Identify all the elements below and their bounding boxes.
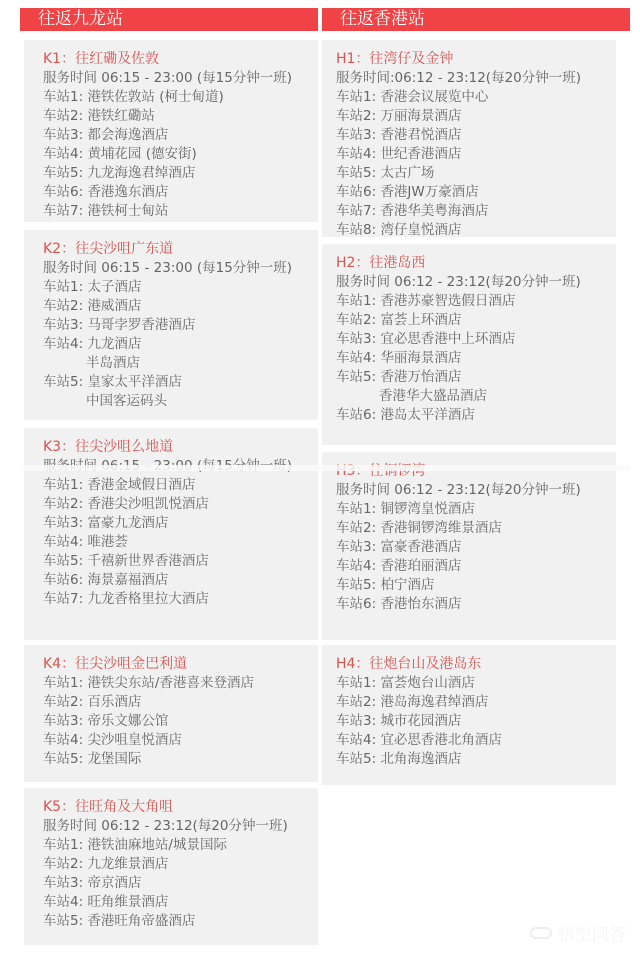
stop-row: 车站5: 香港旺角帝盛酒店 bbox=[43, 912, 318, 931]
stop-row: 车站5: 龙堡国际 bbox=[43, 750, 318, 769]
stop-row: 车站1: 富荟炮台山酒店 bbox=[336, 674, 616, 693]
route-card-h4: H4：往炮台山及港岛东车站1: 富荟炮台山酒店车站2: 港岛海逸君绰酒店车站3:… bbox=[322, 645, 616, 785]
stop-row: 车站1: 港铁油麻地站/城景国际 bbox=[43, 836, 318, 855]
stop-label: 车站7: bbox=[43, 591, 83, 607]
stop-label: 车站3: bbox=[336, 331, 376, 347]
route-card-h3: H3：往铜锣湾服务时间 06:12 - 23:12(每20分钟一班)车站1: 铜… bbox=[322, 452, 616, 640]
stop-label: 车站5: bbox=[43, 165, 83, 181]
stop-name: 唯港荟 bbox=[87, 534, 128, 550]
stop-row: 车站1: 太子酒店 bbox=[43, 278, 318, 297]
stop-row: 车站1: 港铁尖东站/香港喜来登酒店 bbox=[43, 674, 318, 693]
stop-label: 车站1: bbox=[336, 501, 376, 517]
stop-label: 车站2: bbox=[336, 520, 376, 536]
stop-label: 车站4: bbox=[43, 146, 83, 162]
stop-name: 香港万怡酒店 bbox=[380, 369, 461, 385]
stop-name: 九龙香格里拉大酒店 bbox=[87, 591, 209, 607]
stop-label: 车站1: bbox=[43, 279, 83, 295]
stop-name: 香港会议展览中心 bbox=[380, 89, 488, 105]
stop-row: 车站3: 都会海逸酒店 bbox=[43, 126, 318, 145]
stop-label: 车站4: bbox=[43, 534, 83, 550]
stop-name: 千禧新世界香港酒店 bbox=[87, 553, 209, 569]
header-kowloon-label: 往返九龙站 bbox=[38, 9, 123, 29]
stop-label: 车站5: bbox=[43, 374, 83, 390]
stop-label: 车站5: bbox=[43, 553, 83, 569]
stop-name: 九龙维景酒店 bbox=[87, 856, 168, 872]
stop-name: 富荟上环酒店 bbox=[380, 312, 461, 328]
stop-label: 车站4: bbox=[336, 146, 376, 162]
stop-name: 港铁柯士甸站 bbox=[87, 203, 168, 219]
stop-row: 香港华大盛品酒店 bbox=[336, 387, 616, 406]
stop-row: 车站4: 旺角维景酒店 bbox=[43, 893, 318, 912]
stop-name: 旺角维景酒店 bbox=[87, 894, 168, 910]
header-hongkong: 往返香港站 bbox=[322, 8, 630, 31]
stop-label: 车站7: bbox=[336, 203, 376, 219]
stop-label: 车站4: bbox=[336, 732, 376, 748]
stop-label: 车站4: bbox=[336, 558, 376, 574]
route-title: H1：往湾仔及金钟 bbox=[336, 50, 616, 69]
stop-label: 车站4: bbox=[43, 732, 83, 748]
stop-row: 车站5: 九龙海逸君绰酒店 bbox=[43, 164, 318, 183]
stop-label: 车站3: bbox=[43, 515, 83, 531]
stop-row: 车站2: 九龙维景酒店 bbox=[43, 855, 318, 874]
stop-name: 马哥孛罗香港酒店 bbox=[87, 317, 195, 333]
stop-row: 车站3: 宜必思香港中上环酒店 bbox=[336, 330, 616, 349]
route-card-k2: K2：往尖沙咀广东道服务时间 06:15 - 23:00 (每15分钟一班)车站… bbox=[24, 230, 318, 420]
stop-name: 港铁佐敦站 (柯士甸道) bbox=[87, 89, 223, 105]
stop-row: 车站1: 香港金域假日酒店 bbox=[43, 476, 318, 495]
stop-label: 车站1: bbox=[43, 837, 83, 853]
route-title: K5：往旺角及大角咀 bbox=[43, 798, 318, 817]
stop-name: 九龙酒店 bbox=[87, 336, 141, 352]
stop-row: 车站4: 华丽海景酒店 bbox=[336, 349, 616, 368]
stop-label: 车站5: bbox=[336, 165, 376, 181]
stop-row: 车站6: 港岛太平洋酒店 bbox=[336, 406, 616, 425]
stop-name: 富豪香港酒店 bbox=[380, 539, 461, 555]
stop-label: 车站5: bbox=[336, 577, 376, 593]
stop-row: 车站3: 富豪九龙酒店 bbox=[43, 514, 318, 533]
stop-label: 车站4: bbox=[43, 894, 83, 910]
stop-label: 车站5: bbox=[336, 751, 376, 767]
stop-row: 车站8: 湾仔皇悦酒店 bbox=[336, 221, 616, 240]
image-splice-seam bbox=[20, 465, 630, 471]
stop-label: 车站5: bbox=[336, 369, 376, 385]
stop-row: 车站5: 北角海逸酒店 bbox=[336, 750, 616, 769]
stop-row: 车站5: 香港万怡酒店 bbox=[336, 368, 616, 387]
stop-row: 车站2: 百乐酒店 bbox=[43, 693, 318, 712]
stop-name: 半岛酒店 bbox=[86, 355, 140, 371]
stop-label: 车站2: bbox=[336, 108, 376, 124]
route-card-k5: K5：往旺角及大角咀服务时间 06:12 - 23:12(每20分钟一班)车站1… bbox=[24, 788, 318, 945]
stop-label: 车站1: bbox=[336, 675, 376, 691]
stop-name: 帝京酒店 bbox=[87, 875, 141, 891]
stop-name: 太古广场 bbox=[380, 165, 434, 181]
stop-row: 车站5: 千禧新世界香港酒店 bbox=[43, 552, 318, 571]
header-hongkong-label: 往返香港站 bbox=[340, 9, 425, 29]
stop-name: 富荟炮台山酒店 bbox=[380, 675, 475, 691]
stop-label: 车站2: bbox=[43, 298, 83, 314]
route-card-k4: K4：往尖沙咀金巴利道车站1: 港铁尖东站/香港喜来登酒店车站2: 百乐酒店车站… bbox=[24, 645, 318, 782]
stop-name: 黄埔花园 (德安街) bbox=[87, 146, 196, 162]
route-card-h2: H2：往港岛西服务时间 06:12 - 23:12(每20分钟一班)车站1: 香… bbox=[322, 244, 616, 445]
stop-name: 北角海逸酒店 bbox=[380, 751, 461, 767]
route-card-k1: K1：往红磡及佐敦服务时间 06:15 - 23:00 (每15分钟一班)车站1… bbox=[24, 40, 318, 222]
stop-label: 车站6: bbox=[336, 407, 376, 423]
stop-label: 车站4: bbox=[336, 350, 376, 366]
stop-label: 车站3: bbox=[43, 127, 83, 143]
stop-row: 车站6: 香港逸东酒店 bbox=[43, 183, 318, 202]
header-kowloon: 往返九龙站 bbox=[20, 8, 318, 31]
stop-name: 华丽海景酒店 bbox=[380, 350, 461, 366]
stop-name: 海景嘉福酒店 bbox=[87, 572, 168, 588]
stop-row: 车站1: 港铁佐敦站 (柯士甸道) bbox=[43, 88, 318, 107]
stop-name: 百乐酒店 bbox=[87, 694, 141, 710]
stop-label: 车站6: bbox=[43, 184, 83, 200]
watermark: 悟空问答 bbox=[530, 920, 626, 945]
stop-row: 车站4: 唯港荟 bbox=[43, 533, 318, 552]
route-card-h1: H1：往湾仔及金钟服务时间:06:12 - 23:12(每20分钟一班)车站1:… bbox=[322, 40, 616, 237]
stop-label: 车站2: bbox=[43, 108, 83, 124]
stop-row: 车站6: 海景嘉福酒店 bbox=[43, 571, 318, 590]
stop-label: 车站8: bbox=[336, 222, 376, 238]
stop-name: 湾仔皇悦酒店 bbox=[380, 222, 461, 238]
route-title: K1：往红磡及佐敦 bbox=[43, 50, 318, 69]
stop-row: 车站5: 太古广场 bbox=[336, 164, 616, 183]
stop-name: 港铁尖东站/香港喜来登酒店 bbox=[87, 675, 254, 691]
stop-row: 车站3: 香港君悦酒店 bbox=[336, 126, 616, 145]
stop-row: 车站5: 柏宁酒店 bbox=[336, 576, 616, 595]
stop-name: 皇家太平洋酒店 bbox=[87, 374, 182, 390]
service-hours: 服务时间 06:12 - 23:12(每20分钟一班) bbox=[336, 273, 616, 292]
stop-label: 车站1: bbox=[43, 477, 83, 493]
service-hours: 服务时间:06:12 - 23:12(每20分钟一班) bbox=[336, 69, 616, 88]
stop-name: 香港怡东酒店 bbox=[380, 596, 461, 612]
stop-name: 太子酒店 bbox=[87, 279, 141, 295]
stop-label: 车站2: bbox=[43, 496, 83, 512]
stop-row: 车站4: 世纪香港酒店 bbox=[336, 145, 616, 164]
stop-label: 车站4: bbox=[43, 336, 83, 352]
route-title: K2：往尖沙咀广东道 bbox=[43, 240, 318, 259]
stop-label: 车站2: bbox=[336, 312, 376, 328]
stop-name: 尖沙咀皇悦酒店 bbox=[87, 732, 182, 748]
stop-row: 车站2: 香港尖沙咀凯悦酒店 bbox=[43, 495, 318, 514]
stop-name: 香港铜锣湾维景酒店 bbox=[380, 520, 502, 536]
stop-name: 香港JW万豪酒店 bbox=[380, 184, 478, 200]
stop-row: 车站7: 港铁柯士甸站 bbox=[43, 202, 318, 221]
stop-row: 车站4: 尖沙咀皇悦酒店 bbox=[43, 731, 318, 750]
stop-name: 香港旺角帝盛酒店 bbox=[87, 913, 195, 929]
stop-name: 香港苏豪智选假日酒店 bbox=[380, 293, 515, 309]
stop-name: 香港华美粤海酒店 bbox=[380, 203, 488, 219]
stop-name: 香港珀丽酒店 bbox=[380, 558, 461, 574]
stop-label: 车站3: bbox=[43, 713, 83, 729]
route-title: K3：往尖沙咀么地道 bbox=[43, 438, 318, 457]
stop-row: 车站2: 港威酒店 bbox=[43, 297, 318, 316]
stop-name: 城市花园酒店 bbox=[380, 713, 461, 729]
stop-name: 万丽海景酒店 bbox=[380, 108, 461, 124]
stop-label: 车站3: bbox=[43, 875, 83, 891]
stop-row: 车站1: 铜锣湾皇悦酒店 bbox=[336, 500, 616, 519]
stop-label: 车站6: bbox=[336, 596, 376, 612]
stop-row: 车站3: 马哥孛罗香港酒店 bbox=[43, 316, 318, 335]
stop-name: 香港华大盛品酒店 bbox=[379, 388, 487, 404]
stop-row: 车站4: 宜必思香港北角酒店 bbox=[336, 731, 616, 750]
stop-row: 车站4: 香港珀丽酒店 bbox=[336, 557, 616, 576]
service-hours: 服务时间 06:15 - 23:00 (每15分钟一班) bbox=[43, 259, 318, 278]
stop-name: 港铁油麻地站/城景国际 bbox=[87, 837, 227, 853]
stop-row: 车站3: 帝京酒店 bbox=[43, 874, 318, 893]
stop-name: 柏宁酒店 bbox=[380, 577, 434, 593]
stop-name: 港岛海逸君绰酒店 bbox=[380, 694, 488, 710]
stop-row: 车站2: 万丽海景酒店 bbox=[336, 107, 616, 126]
stop-row: 车站6: 香港JW万豪酒店 bbox=[336, 183, 616, 202]
stop-label: 车站2: bbox=[336, 694, 376, 710]
stop-name: 香港君悦酒店 bbox=[380, 127, 461, 143]
stop-row: 车站4: 黄埔花园 (德安街) bbox=[43, 145, 318, 164]
stop-row: 车站1: 香港苏豪智选假日酒店 bbox=[336, 292, 616, 311]
service-hours: 服务时间 06:12 - 23:12(每20分钟一班) bbox=[336, 481, 616, 500]
stop-row: 车站5: 皇家太平洋酒店 bbox=[43, 373, 318, 392]
stop-name: 铜锣湾皇悦酒店 bbox=[380, 501, 475, 517]
stop-name: 中国客运码头 bbox=[86, 393, 167, 409]
stop-name: 香港尖沙咀凯悦酒店 bbox=[87, 496, 209, 512]
watermark-text: 悟空问答 bbox=[558, 920, 626, 945]
stop-name: 龙堡国际 bbox=[87, 751, 141, 767]
stop-label: 车站1: bbox=[336, 293, 376, 309]
route-title: H2：往港岛西 bbox=[336, 254, 616, 273]
stop-label: 车站1: bbox=[43, 675, 83, 691]
stop-name: 九龙海逸君绰酒店 bbox=[87, 165, 195, 181]
service-hours: 服务时间 06:12 - 23:12(每20分钟一班) bbox=[43, 817, 318, 836]
stop-name: 帝乐文娜公馆 bbox=[87, 713, 168, 729]
stop-name: 富豪九龙酒店 bbox=[87, 515, 168, 531]
stop-name: 宜必思香港北角酒店 bbox=[380, 732, 502, 748]
stop-name: 港威酒店 bbox=[87, 298, 141, 314]
stop-label: 车站3: bbox=[336, 127, 376, 143]
stop-name: 港铁红磡站 bbox=[87, 108, 155, 124]
stop-label: 车站1: bbox=[43, 89, 83, 105]
route-card-k3: K3：往尖沙咀么地道服务时间 06:15 - 23:00 (每15分钟一班)车站… bbox=[24, 428, 318, 640]
stop-name: 都会海逸酒店 bbox=[87, 127, 168, 143]
stop-row: 车站3: 帝乐文娜公馆 bbox=[43, 712, 318, 731]
stop-row: 车站3: 富豪香港酒店 bbox=[336, 538, 616, 557]
service-hours: 服务时间 06:15 - 23:00 (每15分钟一班) bbox=[43, 69, 318, 88]
stop-row: 车站2: 港岛海逸君绰酒店 bbox=[336, 693, 616, 712]
stop-row: 车站6: 香港怡东酒店 bbox=[336, 595, 616, 614]
stop-label: 车站3: bbox=[336, 539, 376, 555]
stop-row: 车站4: 九龙酒店 bbox=[43, 335, 318, 354]
stop-label: 车站7: bbox=[43, 203, 83, 219]
stop-name: 世纪香港酒店 bbox=[380, 146, 461, 162]
stop-row: 车站3: 城市花园酒店 bbox=[336, 712, 616, 731]
stop-row: 车站1: 香港会议展览中心 bbox=[336, 88, 616, 107]
stop-label: 车站2: bbox=[43, 694, 83, 710]
stop-row: 中国客运码头 bbox=[43, 392, 318, 411]
stop-label: 车站3: bbox=[336, 713, 376, 729]
stop-label: 车站6: bbox=[336, 184, 376, 200]
stop-label: 车站5: bbox=[43, 913, 83, 929]
route-title: H4：往炮台山及港岛东 bbox=[336, 655, 616, 674]
route-title: K4：往尖沙咀金巴利道 bbox=[43, 655, 318, 674]
stop-row: 车站2: 富荟上环酒店 bbox=[336, 311, 616, 330]
stop-label: 车站2: bbox=[43, 856, 83, 872]
stop-label: 车站3: bbox=[43, 317, 83, 333]
stop-row: 车站2: 港铁红磡站 bbox=[43, 107, 318, 126]
stop-row: 车站7: 香港华美粤海酒店 bbox=[336, 202, 616, 221]
stop-name: 宜必思香港中上环酒店 bbox=[380, 331, 515, 347]
stop-name: 香港逸东酒店 bbox=[87, 184, 168, 200]
stop-name: 香港金域假日酒店 bbox=[87, 477, 195, 493]
stop-label: 车站6: bbox=[43, 572, 83, 588]
stop-label: 车站5: bbox=[43, 751, 83, 767]
stop-row: 半岛酒店 bbox=[43, 354, 318, 373]
stop-label: 车站1: bbox=[336, 89, 376, 105]
stop-row: 车站7: 九龙香格里拉大酒店 bbox=[43, 590, 318, 609]
stop-name: 港岛太平洋酒店 bbox=[380, 407, 475, 423]
stop-row: 车站2: 香港铜锣湾维景酒店 bbox=[336, 519, 616, 538]
wukong-logo-icon bbox=[530, 927, 552, 939]
